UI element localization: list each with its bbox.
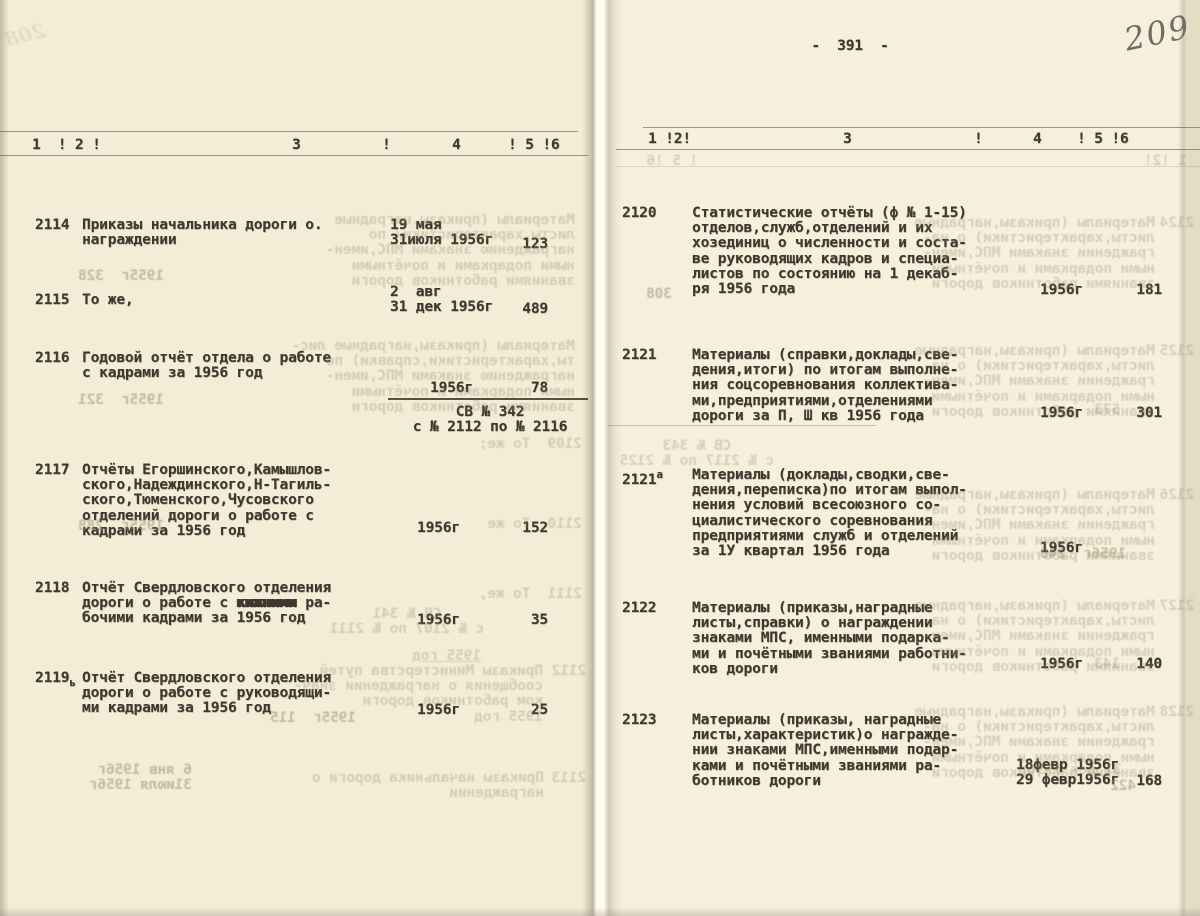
scanned-inventory-spread: - 391 - 209 208 1 ! 2 ! 3 ! 4 ! 5 !6 1 !… bbox=[0, 0, 1200, 916]
bleedthrough-text: 1955 год bbox=[383, 648, 481, 663]
bleedthrough-text: 31 дек 1956г bbox=[1012, 762, 1122, 777]
column-header-3: 3 bbox=[843, 131, 852, 146]
entry-sheet-count: 35 bbox=[500, 612, 548, 627]
bleedthrough-text: 143 bbox=[1078, 656, 1120, 671]
bleedthrough-text: Материалы (приказы,наградные листы,харак… bbox=[225, 212, 575, 288]
column-header-5-6: ! 5 !6 bbox=[1077, 131, 1129, 146]
bleedthrough-text: 2112 bbox=[540, 663, 586, 678]
entry-number: 2119ь bbox=[35, 670, 76, 690]
typed-page-number: - 391 - bbox=[795, 38, 905, 53]
bottom-edge-shadow bbox=[0, 907, 1200, 916]
entry-number-suffix: а bbox=[656, 468, 663, 481]
ruled-line bbox=[0, 131, 578, 132]
right-page-edge-shadow bbox=[1178, 0, 1200, 916]
bleedthrough-text: 1 !2! bbox=[1115, 153, 1187, 168]
bleedthrough-text: 1955г 288 bbox=[72, 518, 164, 533]
ruled-line bbox=[643, 127, 1200, 128]
column-header-5-6: ! 5 !6 bbox=[508, 137, 560, 152]
left-page-edge-shadow bbox=[0, 0, 9, 916]
entry-number: 2114 bbox=[35, 217, 69, 232]
handwritten-folio-number: 209 bbox=[1121, 7, 1195, 58]
bleedthrough-text: 1956г 248 bbox=[1026, 546, 1126, 561]
bleedthrough-text: 308 bbox=[630, 286, 672, 301]
bleedthrough-ruled-line bbox=[616, 166, 1200, 167]
ruled-line bbox=[616, 149, 1200, 150]
bleedthrough-text: Материалы (приказы,наградные листы,харак… bbox=[865, 215, 1155, 291]
entry-sheet-count: 489 bbox=[500, 301, 548, 316]
bleedthrough-text: 2109 То же; bbox=[452, 436, 582, 451]
bleedthrough-text: СВ № 343 с № 2117 по № 2125 bbox=[616, 438, 778, 468]
ruled-line bbox=[0, 155, 588, 156]
bleedthrough-text: Материалы (приказы,наградные лис- ты,хар… bbox=[225, 338, 575, 414]
bleedthrough-text: СВ № 341 с № 2107 по № 2111 bbox=[328, 606, 486, 636]
bleedthrough-text: 1955г 328 bbox=[72, 268, 164, 283]
entry-number: 2117 bbox=[35, 462, 69, 477]
bleedthrough-text: 1955г 115 bbox=[264, 710, 356, 725]
column-header-1-2: 1 !2! bbox=[648, 131, 691, 146]
bleedthrough-separator-line bbox=[608, 425, 876, 426]
bleedthrough-text: ! 5 !6 bbox=[618, 153, 698, 168]
entry-number: 2115 bbox=[35, 292, 69, 307]
bleedthrough-folio-number: 208 bbox=[1, 23, 47, 48]
entry-number-text: 2121 bbox=[622, 471, 656, 488]
bleedthrough-text: 422 bbox=[1094, 778, 1136, 793]
entry-number-suffix: ь bbox=[69, 676, 76, 689]
column-header-1-2: 1 ! 2 ! bbox=[32, 137, 101, 152]
column-separator: ! bbox=[382, 137, 391, 152]
entry-description: То же, bbox=[82, 292, 412, 307]
bleedthrough-text: 2113 bbox=[540, 770, 586, 785]
column-header-4: 4 bbox=[452, 137, 461, 152]
entry-number: 2123 bbox=[622, 712, 656, 727]
bleedthrough-text: 573 bbox=[1078, 402, 1120, 417]
bleedthrough-text: 1955г 321 bbox=[72, 392, 164, 407]
entry-number: 2118 bbox=[35, 580, 69, 595]
entry-number: 2120 bbox=[622, 205, 656, 220]
entry-number: 2122 bbox=[622, 600, 656, 615]
entry-number-text: 2119 bbox=[35, 669, 69, 686]
entry-number: 2121 bbox=[622, 347, 656, 362]
column-separator: ! bbox=[974, 131, 983, 146]
entry-number: 2116 bbox=[35, 350, 69, 365]
column-header-4: 4 bbox=[1033, 131, 1042, 146]
bleedthrough-text: 2110 То же bbox=[452, 516, 582, 531]
entry-number: 2121а bbox=[622, 467, 663, 487]
bleedthrough-text: 6 янв 1956г 31июля 1956г bbox=[80, 762, 192, 792]
column-header-3: 3 bbox=[292, 137, 301, 152]
bleedthrough-text: Приказы начальника дороги о награждении bbox=[262, 770, 544, 800]
bleedthrough-text: 2111 То же, bbox=[452, 586, 582, 601]
